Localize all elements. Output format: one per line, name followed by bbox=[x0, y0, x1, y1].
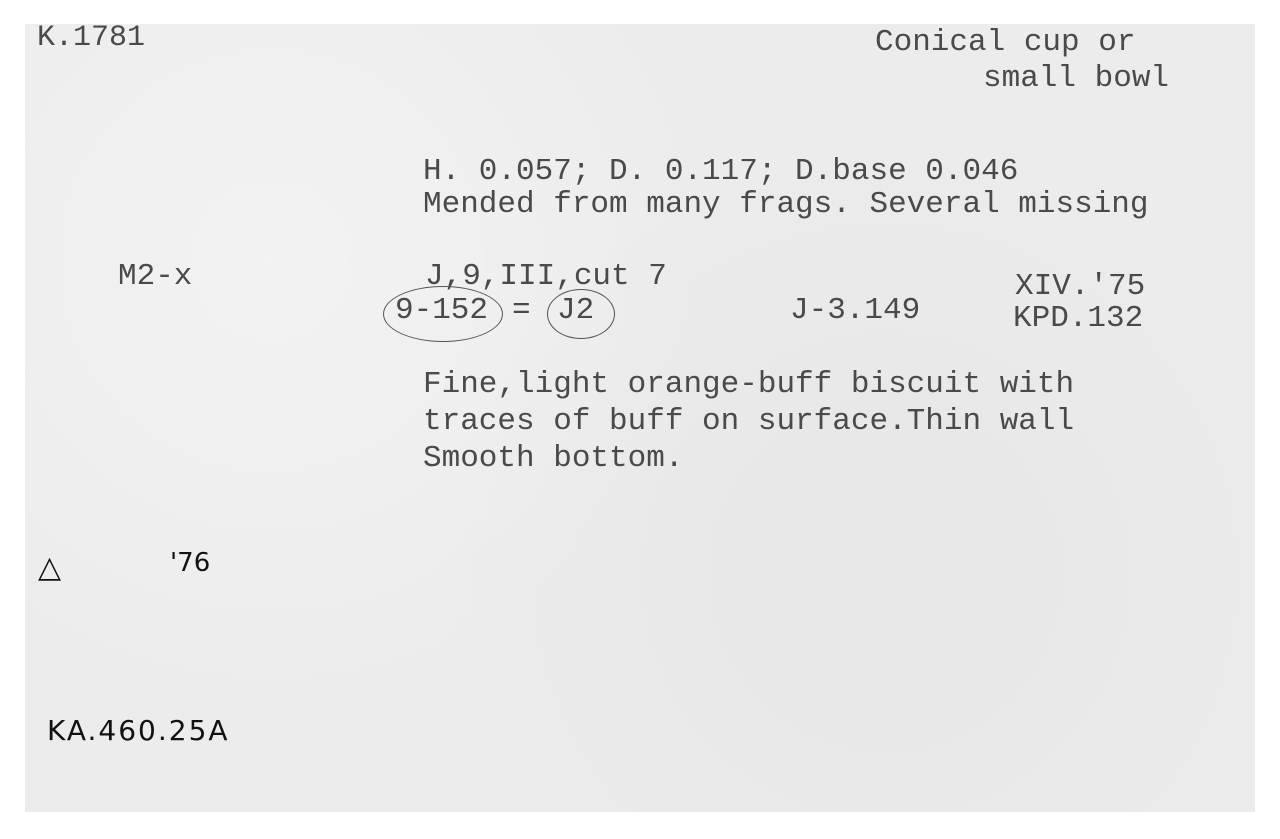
object-type-line-1: Conical cup or bbox=[875, 26, 1135, 59]
equals-sign: = bbox=[512, 294, 531, 327]
description-line-2: traces of buff on surface.Thin wall bbox=[423, 405, 1074, 438]
find-ref-right-circle bbox=[547, 289, 615, 339]
notebook-ref: J-3.149 bbox=[790, 294, 920, 327]
catalog-number: K.1781 bbox=[37, 22, 145, 55]
year-note: '76 bbox=[170, 548, 210, 578]
area-code: M2-x bbox=[118, 260, 192, 293]
object-type-line-2: small bowl bbox=[983, 62, 1169, 95]
description-line-1: Fine,light orange-buff biscuit with bbox=[423, 368, 1074, 401]
triangle-icon: △ bbox=[38, 550, 61, 585]
description-line-3: Smooth bottom. bbox=[423, 442, 683, 475]
catalog-card: K.1781 Conical cup or small bowl H. 0.05… bbox=[25, 24, 1255, 812]
dimensions: H. 0.057; D. 0.117; D.base 0.046 bbox=[423, 155, 1018, 188]
find-ref-left-circle bbox=[383, 286, 503, 342]
date-ref: XIV.'75 bbox=[1015, 270, 1145, 303]
kpd-ref: KPD.132 bbox=[1013, 302, 1143, 335]
condition: Mended from many frags. Several missing bbox=[423, 188, 1149, 221]
inventory-number: KA.460.25A bbox=[47, 714, 230, 747]
